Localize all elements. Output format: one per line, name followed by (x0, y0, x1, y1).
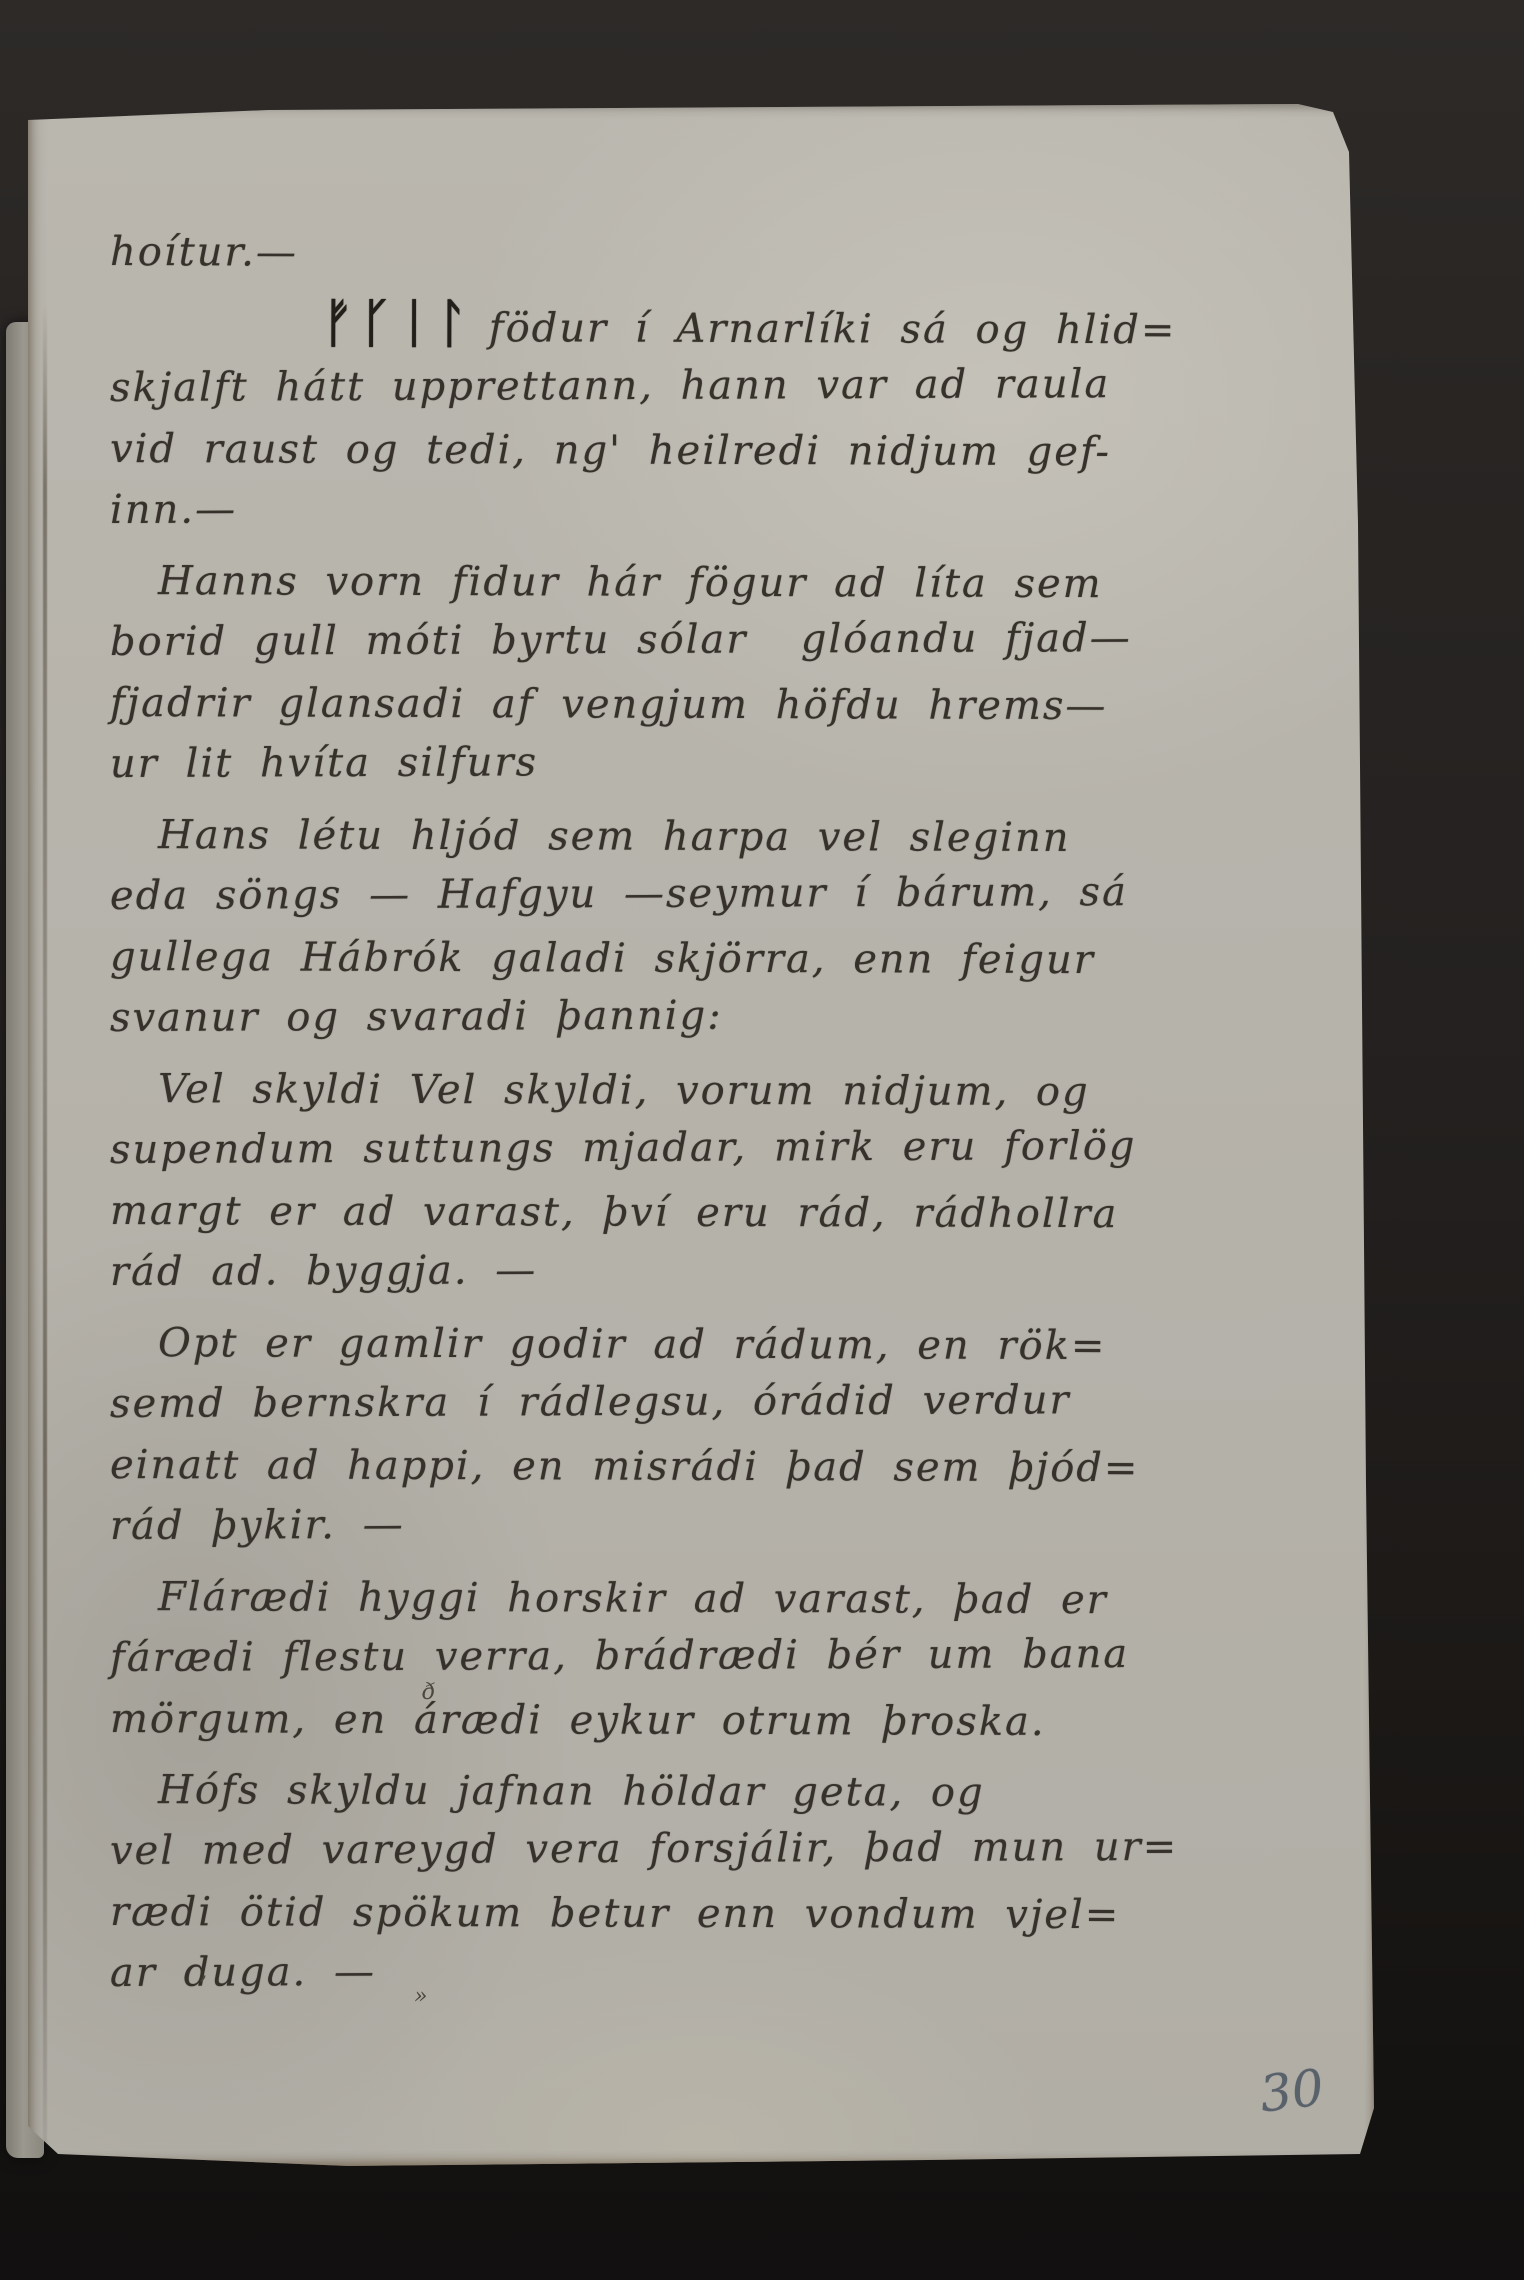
manuscript-line: mörgum, en árædi eykur otrum þroska. (110, 1689, 1310, 1754)
manuscript-line: hoítur.— (110, 222, 1310, 287)
handwritten-text: hoítur.—ᚠᚴᛁᛚfödur í Arnarlíki sá og hlid… (110, 222, 1310, 2014)
manuscript-line: Vel skyldi Vel skyldi, vorum nidjum, og (110, 1059, 1310, 1124)
paragraph: Opt er gamlir godir ad rádum, en rök=sem… (110, 1313, 1310, 1557)
manuscript-line: borid gull móti byrtu sólar glóandu fjad… (110, 607, 1310, 673)
manuscript-line: Hófs skyldu jafnan höldar geta, og (110, 1760, 1310, 1825)
paragraph: Flárædi hyggi horskir ad varast, þad erf… (110, 1567, 1310, 1750)
manuscript-line: margt er ad varast, því eru rád, rádholl… (110, 1181, 1310, 1246)
manuscript-line: Hans létu hljód sem harpa vel sleginn (110, 805, 1310, 870)
paragraph: ᚠᚴᛁᛚfödur í Arnarlíki sá og hlid=skjalft… (110, 293, 1310, 541)
manuscript-line: Hanns vorn fidur hár fögur ad líta sem (110, 551, 1310, 616)
manuscript-line: fárædi flestu verra, brádrædi bér um ban… (110, 1623, 1310, 1689)
manuscript-page: hoítur.—ᚠᚴᛁᛚfödur í Arnarlíki sá og hlid… (28, 104, 1374, 2166)
manuscript-line: eda söngs — Hafgyu —seymur í bárum, sá (110, 861, 1310, 927)
paragraph: Hófs skyldu jafnan höldar geta, ogvel me… (110, 1760, 1310, 2004)
manuscript-line: ur lit hvíta silfurs (110, 729, 1310, 795)
manuscript-line: skjalft hátt upprettann, hann var ad rau… (110, 353, 1310, 419)
manuscript-line: gullega Hábrók galadi skjörra, enn feigu… (110, 927, 1310, 992)
page-number: 30 (1257, 2058, 1327, 2123)
manuscript-line: svanur og svaradi þannig: (110, 983, 1310, 1049)
stray-ink-mark: ʼ (198, 1972, 206, 2002)
paragraph: hoítur.— (110, 222, 1310, 283)
manuscript-line: supendum suttungs mjadar, mirk eru forlö… (110, 1115, 1310, 1181)
manuscript-scan: hoítur.—ᚠᚴᛁᛚfödur í Arnarlíki sá og hlid… (0, 0, 1524, 2280)
stray-ink-mark: ð (422, 1680, 435, 1705)
manuscript-line: rád þykir. — (110, 1491, 1310, 1557)
manuscript-line: semd bernskra í rádlegsu, órádid verdur (110, 1369, 1310, 1435)
manuscript-line: Opt er gamlir godir ad rádum, en rök= (110, 1313, 1310, 1378)
manuscript-line: rædi ötid spökum betur enn vondum vjel= (110, 1882, 1310, 1947)
stray-ink-mark: » (414, 1984, 427, 2009)
manuscript-line: rád ad. byggja. — (110, 1237, 1310, 1303)
manuscript-line: vid raust og tedi, ng' heilredi nidjum g… (110, 419, 1310, 484)
paragraph: Hans létu hljód sem harpa vel sleginneda… (110, 805, 1310, 1049)
manuscript-line: einatt ad happi, en misrádi þad sem þjód… (110, 1435, 1310, 1500)
manuscript-line: ᚠᚴᛁᛚfödur í Arnarlíki sá og hlid= (110, 293, 1310, 362)
paragraph: Hanns vorn fidur hár fögur ad líta sembo… (110, 551, 1310, 795)
manuscript-line: vel med vareygd vera forsjálir, þad mun … (110, 1816, 1310, 1882)
paragraph: Vel skyldi Vel skyldi, vorum nidjum, ogs… (110, 1059, 1310, 1303)
manuscript-line: inn.— (110, 475, 1310, 541)
manuscript-line: Flárædi hyggi horskir ad varast, þad er (110, 1567, 1310, 1632)
runic-ornament: ᚠᚴᛁᛚ (322, 294, 489, 355)
binding-crease (43, 304, 47, 2154)
manuscript-line: fjadrir glansadi af vengjum höfdu hrems— (110, 673, 1310, 738)
manuscript-line: ar duga. — (110, 1938, 1310, 2004)
